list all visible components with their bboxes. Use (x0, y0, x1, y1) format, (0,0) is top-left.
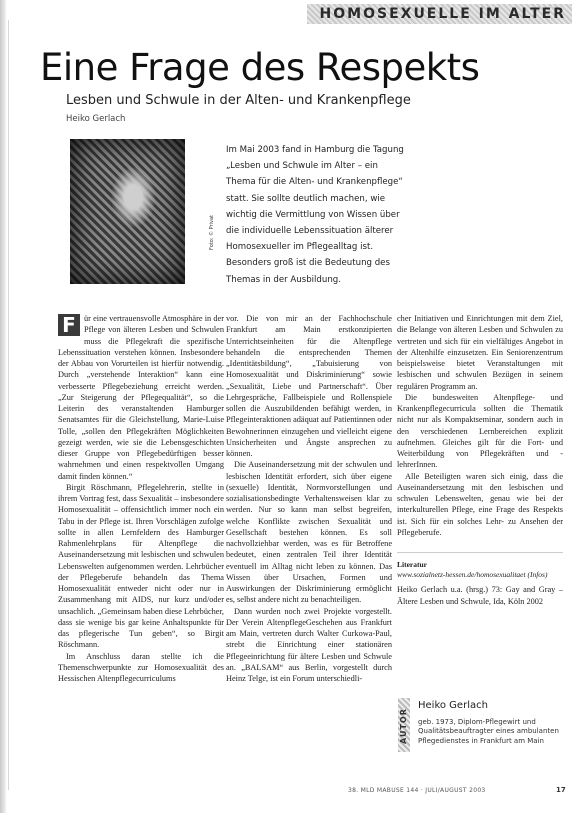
article-title: Eine Frage des Respekts (40, 46, 479, 89)
author-box-name: Heiko Gerlach (418, 700, 488, 711)
section-header-label: HOMOSEXUELLE IM ALTER (320, 6, 566, 22)
text-column-1: Für eine vertrauensvolle Atmosphäre in d… (58, 313, 224, 684)
dropcap: F (58, 314, 80, 336)
literature-link[interactable]: www.sozialnetz-hessen.de/homosexualitaet… (397, 570, 563, 580)
author-tab: AUTOR (398, 698, 410, 752)
text-column-3: cher Initiativen und Einrichtungen mit d… (397, 313, 563, 607)
paragraph: Im Anschluss daran stellte ich die Theme… (58, 651, 224, 685)
paragraph: Dann wurden noch zwei Projekte vorgestel… (226, 606, 392, 685)
paragraph: Für eine vertrauensvolle Atmosphäre in d… (58, 313, 224, 482)
section-header: HOMOSEXUELLE IM ALTER (307, 4, 572, 24)
article-photo (70, 139, 185, 284)
paragraph: Die Auseinandersetzung mit der schwulen … (226, 459, 392, 605)
paragraph: vor. Die von mir an der Fachhochschule F… (226, 313, 392, 459)
literature-reference: Heiko Gerlach u.a. (hrsg.) 73: Gay and G… (397, 584, 563, 607)
paragraph: Die bundesweiten Altenpflege- und Kranke… (397, 392, 563, 471)
paragraph: cher Initiativen und Einrichtungen mit d… (397, 313, 563, 392)
author-tab-label: AUTOR (399, 708, 408, 744)
page-number: 17 (556, 786, 566, 794)
page-binding-edge (0, 0, 6, 813)
literature-heading: Literatur (397, 552, 563, 570)
text-column-2: vor. Die von mir an der Fachhochschule F… (226, 313, 392, 684)
article-subtitle: Lesben und Schwule in der Alten- und Kra… (66, 93, 411, 108)
footer-publication: 38. MLD MABUSE 144 · JULI/AUGUST 2003 (348, 787, 486, 794)
author-box-bio: geb. 1973, Diplom-Pflegewirt und Qualitä… (418, 718, 568, 746)
paragraph: Birgit Röschmann, Pflegelehrerin, stellt… (58, 482, 224, 651)
paragraph: Alle Beteiligten waren sich einig, dass … (397, 471, 563, 539)
article-intro: Im Mai 2003 fand in Hamburg die Tagung „… (226, 142, 406, 288)
photo-credit: Foto: © Privat (209, 215, 215, 250)
article-author: Heiko Gerlach (66, 114, 125, 124)
